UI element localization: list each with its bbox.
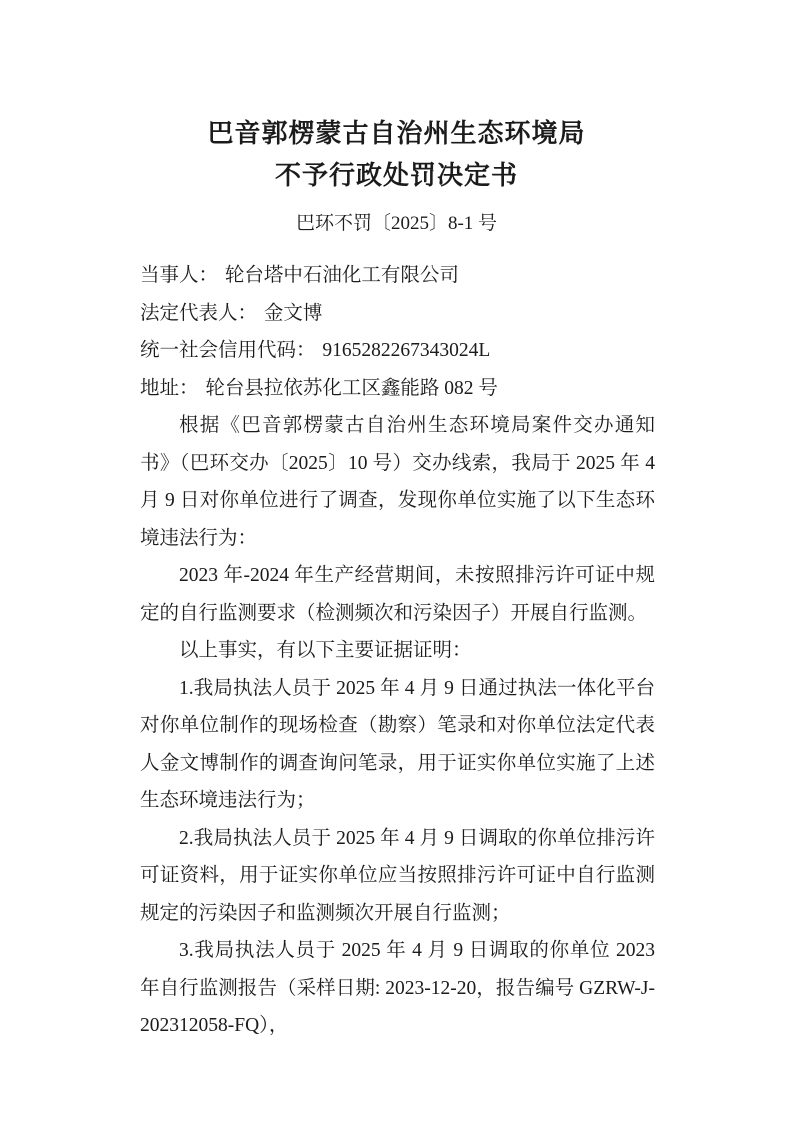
document-subtitle: 不予行政处罚决定书 <box>0 155 793 197</box>
document-number: 巴环不罚〔2025〕8-1 号 <box>0 209 793 239</box>
body-paragraph-violation: 2023 年-2024 年生产经营期间，未按照排污许可证中规定的自行监测要求（检… <box>140 557 655 632</box>
address-field-label: 地址： <box>140 378 199 399</box>
legal-representative-field-label: 法定代表人： <box>140 303 257 324</box>
legal-representative-field-row: 法定代表人：金文博 <box>140 295 655 333</box>
body-paragraph-evidence-2: 2.我局执法人员于 2025 年 4 月 9 日调取的你单位排污许可证资料，用于… <box>140 820 655 933</box>
party-field-row: 当事人：轮台塔中石油化工有限公司 <box>140 257 655 295</box>
party-field-value: 轮台塔中石油化工有限公司 <box>225 265 459 286</box>
document-page: 巴音郭楞蒙古自治州生态环境局 不予行政处罚决定书 巴环不罚〔2025〕8-1 号… <box>0 0 793 1122</box>
body-paragraph-basis: 根据《巴音郭楞蒙古自治州生态环境局案件交办通知书》（巴环交办〔2025〕10 号… <box>140 407 655 557</box>
party-field-label: 当事人： <box>140 265 218 286</box>
document-body: 当事人：轮台塔中石油化工有限公司 法定代表人：金文博 统一社会信用代码：9165… <box>140 257 655 1045</box>
document-title-block: 巴音郭楞蒙古自治州生态环境局 不予行政处罚决定书 <box>0 113 793 197</box>
credit-code-field-row: 统一社会信用代码：9165282267343024L <box>140 332 655 370</box>
address-field-value: 轮台县拉依苏化工区鑫能路 082 号 <box>205 378 498 399</box>
credit-code-field-label: 统一社会信用代码： <box>140 340 316 361</box>
legal-representative-field-value: 金文博 <box>264 303 323 324</box>
body-paragraph-evidence-3: 3.我局执法人员于 2025 年 4 月 9 日调取的你单位 2023 年自行监… <box>140 932 655 1045</box>
address-field-row: 地址：轮台县拉依苏化工区鑫能路 082 号 <box>140 370 655 408</box>
body-paragraph-evidence-1: 1.我局执法人员于 2025 年 4 月 9 日通过执法一体化平台对你单位制作的… <box>140 670 655 820</box>
body-paragraph-evidence-intro: 以上事实，有以下主要证据证明： <box>140 632 655 670</box>
credit-code-field-value: 9165282267343024L <box>322 340 490 361</box>
document-title: 巴音郭楞蒙古自治州生态环境局 <box>0 113 793 155</box>
